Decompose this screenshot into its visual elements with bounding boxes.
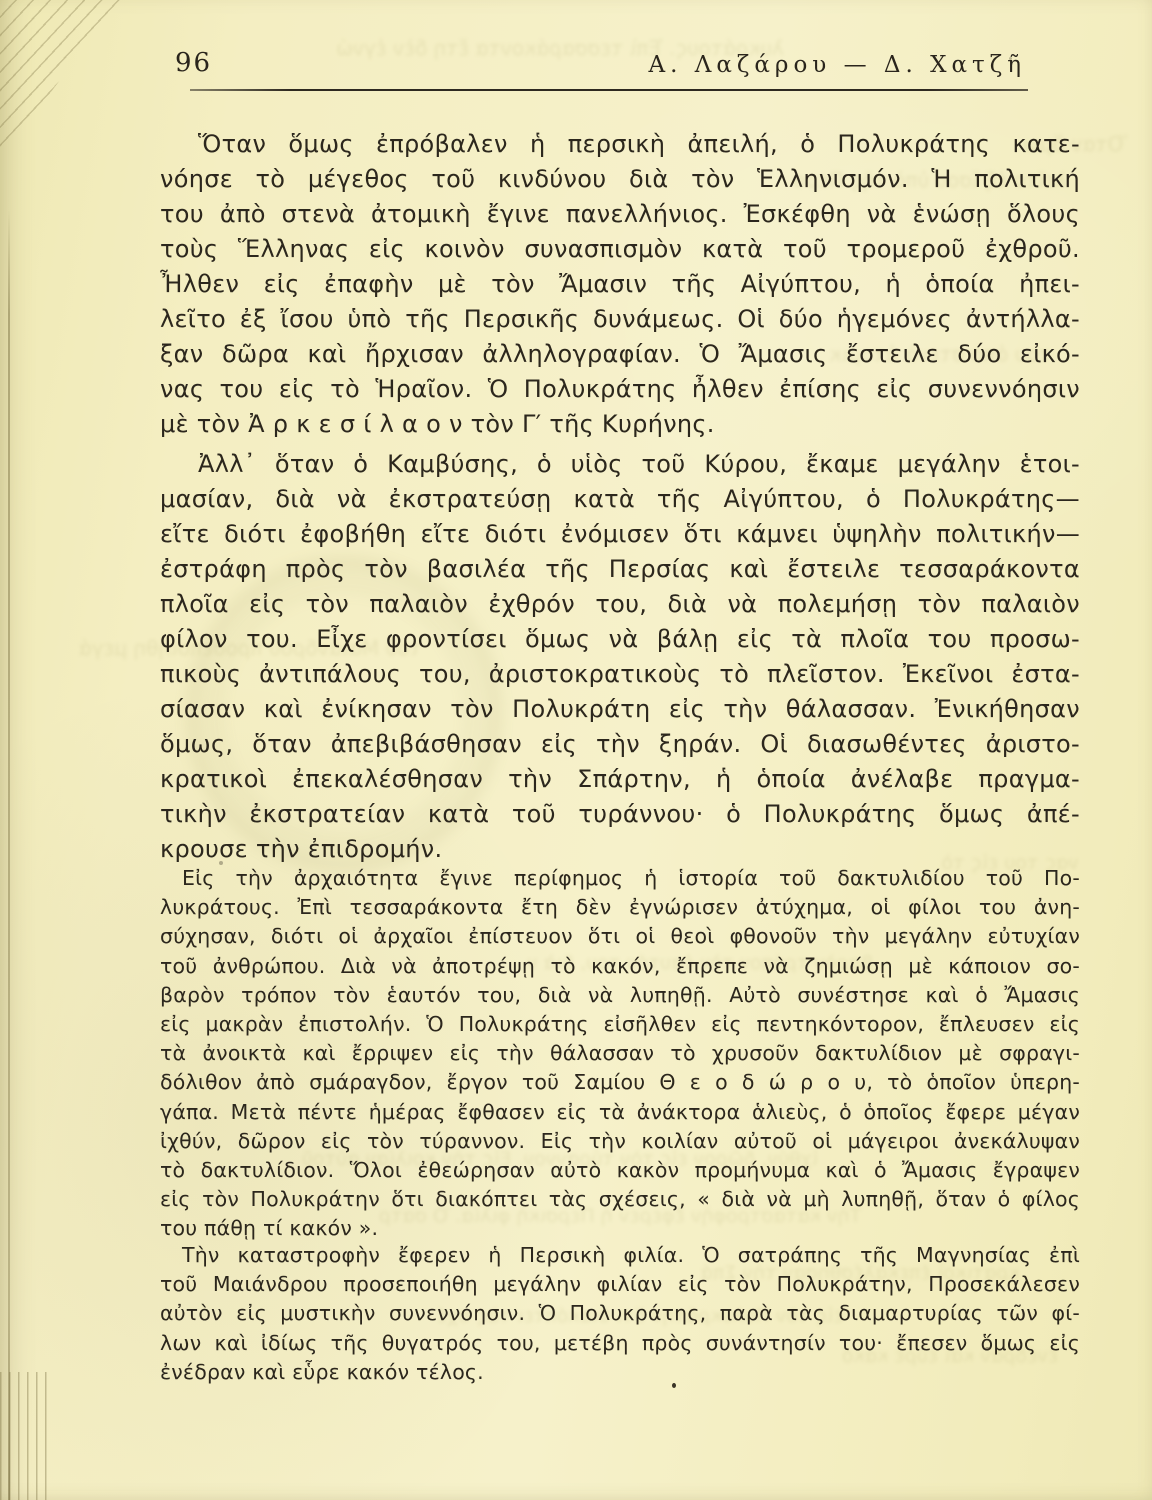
text-line: Ἦλθεν εἰς ἐπαφὴν μὲ τὸν Ἄμασιν τῆς Αἰγύπ…	[160, 267, 1080, 302]
text-line: γάπα. Μετὰ πέντε ἡμέρας ἔφθασεν εἰς τὰ ἀ…	[160, 1098, 1080, 1127]
scanned-book-page: λυκράτους. Ἐπὶ τεσσαράκοντα ἔτη δὲν ἐγνώ…	[0, 0, 1152, 1500]
text-line: δόλιθον ἀπὸ σμάραγδον, ἔργον τοῦ Σαμίου …	[160, 1068, 1080, 1097]
paragraph-3: Εἰς τὴν ἀρχαιότητα ἔγινε περίφημος ἡ ἱστ…	[160, 864, 1080, 1244]
text-line: μασίαν, διὰ νὰ ἐκστρατεύσῃ κατὰ τῆς Αἰγύ…	[160, 482, 1080, 517]
text-line: μὲ τὸν Ἀ ρ κ ε σ ί λ α ο ν τὸν Γ′ τῆς Κυ…	[160, 407, 1080, 442]
text-line: τοῦ Μαιάνδρου προσεποιήθη μεγάλην φιλίαν…	[160, 1270, 1080, 1299]
text-line: ἐστράφη πρὸς τὸν βασιλέα τῆς Περσίας καὶ…	[160, 552, 1080, 587]
text-line: τοῦ ἀνθρώπου. Διὰ νὰ ἀποτρέψῃ τὸ κακόν, …	[160, 952, 1080, 981]
text-line: κρουσε τὴν ἐπιδρομήν.	[160, 832, 1080, 867]
text-line: του ἀπὸ στενὰ ἀτομικὴ ἔγινε πανελλήνιος.…	[160, 197, 1080, 232]
text-line: σίασαν καὶ ἐνίκησαν τὸν Πολυκράτη εἰς τὴ…	[160, 692, 1080, 727]
text-line: κρατικοὶ ἐπεκαλέσθησαν τὴν Σπάρτην, ἡ ὁπ…	[160, 762, 1080, 797]
paragraph-4: Τὴν καταστροφὴν ἔφερεν ἡ Περσικὴ φιλία. …	[160, 1241, 1080, 1387]
text-line: νας του εἰς τὸ Ἡραῖον. Ὁ Πολυκράτης ἦλθε…	[160, 372, 1080, 407]
text-line: εἴτε διότι ἐφοβήθη εἴτε διότι ἐνόμισεν ὅ…	[160, 517, 1080, 552]
text-line: Ἀλλ᾽ ὅταν ὁ Καμβύσης, ὁ υἱὸς τοῦ Κύρου, …	[160, 447, 1080, 482]
text-line: εἰς τὸν Πολυκράτην ὅτι διακόπτει τὰς σχέ…	[160, 1185, 1080, 1214]
paragraph-2: Ἀλλ᾽ ὅταν ὁ Καμβύσης, ὁ υἱὸς τοῦ Κύρου, …	[160, 447, 1080, 867]
text-line: τὰ ἀνοικτὰ καὶ ἔρριψεν εἰς τὴν θάλασσαν …	[160, 1039, 1080, 1068]
paragraph-1: Ὅταν ὅμως ἐπρόβαλεν ἡ περσικὴ ἀπειλή, ὁ …	[160, 127, 1080, 442]
text-line: ξαν δῶρα καὶ ἤρχισαν ἀλληλογραφίαν. Ὁ Ἄμ…	[160, 337, 1080, 372]
text-line: πικοὺς ἀντιπάλους του, ἀριστοκρατικοὺς τ…	[160, 657, 1080, 692]
text-line: Τὴν καταστροφὴν ἔφερεν ἡ Περσικὴ φιλία. …	[160, 1241, 1080, 1270]
text-line: νόησε τὸ μέγεθος τοῦ κινδύνου διὰ τὸν Ἑλ…	[160, 162, 1080, 197]
text-line: ἰχθύν, δῶρον εἰς τὸν τύραννον. Εἰς τὴν κ…	[160, 1127, 1080, 1156]
text-line: ὅμως, ὅταν ἀπεβιβάσθησαν εἰς τὴν ξηράν. …	[160, 727, 1080, 762]
text-line: Ὅταν ὅμως ἐπρόβαλεν ἡ περσικὴ ἀπειλή, ὁ …	[160, 127, 1080, 162]
text-line: βαρὸν τρόπον τὸν ἑαυτόν του, διὰ νὰ λυπη…	[160, 981, 1080, 1010]
text-line: λυκράτους. Ἐπὶ τεσσαράκοντα ἔτη δὲν ἐγνώ…	[160, 893, 1080, 922]
text-line: αὐτὸν εἰς μυστικὴν συνεννόησιν. Ὁ Πολυκρ…	[160, 1299, 1080, 1328]
text-line: του πάθῃ τί κακόν ».	[160, 1214, 1080, 1243]
text-line: τοὺς Ἕλληνας εἰς κοινὸν συνασπισμὸν κατὰ…	[160, 232, 1080, 267]
text-line: σύχησαν, διότι οἱ ἀρχαῖοι ἐπίστευον ὅτι …	[160, 922, 1080, 951]
text-line: λων καὶ ἰδίως τῆς θυγατρός του, μετέβη π…	[160, 1329, 1080, 1358]
text-line: εἰς μακρὰν ἐπιστολήν. Ὁ Πολυκράτης εἰσῆλ…	[160, 1010, 1080, 1039]
text-line: λεῖτο ἐξ ἴσου ὑπὸ τῆς Περσικῆς δυνάμεως.…	[160, 302, 1080, 337]
text-line: Εἰς τὴν ἀρχαιότητα ἔγινε περίφημος ἡ ἱστ…	[160, 864, 1080, 893]
text-block: Ὅταν ὅμως ἐπρόβαλεν ἡ περσικὴ ἀπειλή, ὁ …	[0, 0, 1152, 1500]
text-line: τικὴν ἐκστρατείαν κατὰ τοῦ τυράννου· ὁ Π…	[160, 797, 1080, 832]
text-line: φίλον του. Εἶχε φροντίσει ὅμως νὰ βάλῃ ε…	[160, 622, 1080, 657]
text-line: πλοῖα εἰς τὸν παλαιὸν ἐχθρόν του, διὰ νὰ…	[160, 587, 1080, 622]
text-line: ἐνέδραν καὶ εὗρε κακόν τέλος.	[160, 1358, 1080, 1387]
text-line: τὸ δακτυλίδιον. Ὅλοι ἐθεώρησαν αὐτὸ κακὸ…	[160, 1156, 1080, 1185]
